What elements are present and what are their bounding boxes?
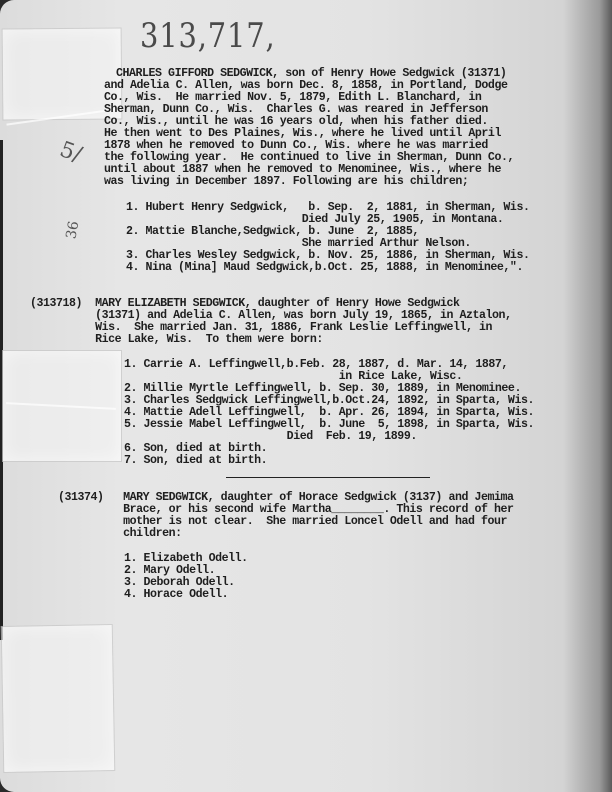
section-divider-rule xyxy=(226,477,430,478)
section-mary-sedgwick: (31374) MARY SEDGWICK, daughter of Horac… xyxy=(0,576,39,708)
paragraph-line: children: xyxy=(58,528,182,540)
section-charles-gifford-sedgwick: CHARLES GIFFORD SEDGWICK, son of Henry H… xyxy=(0,36,39,264)
scanned-document-page: 313,717, 5/ 36 CHARLES GIFFORD SEDGWICK,… xyxy=(0,0,612,792)
child-entry: 4. Horace Odell. xyxy=(124,589,228,601)
typed-text-body: CHARLES GIFFORD SEDGWICK, son of Henry H… xyxy=(0,0,39,732)
section-mary-elizabeth-sedgwick: (313718) MARY ELIZABETH SEDGWICK, daught… xyxy=(0,312,39,504)
child-entry: 7. Son, died at birth. xyxy=(124,455,267,467)
handwritten-margin-note: 36 xyxy=(63,220,82,240)
paragraph-line: Rice Lake, Wis. To them were born: xyxy=(30,334,323,346)
handwritten-margin-note: 5/ xyxy=(56,137,85,168)
child-entry: 4. Nina (Mina] Maud Sedgwick,b.Oct. 25, … xyxy=(126,262,523,274)
handwritten-record-number: 313,717, xyxy=(140,16,275,56)
paragraph-line: was living in December 1897. Following a… xyxy=(104,176,468,188)
